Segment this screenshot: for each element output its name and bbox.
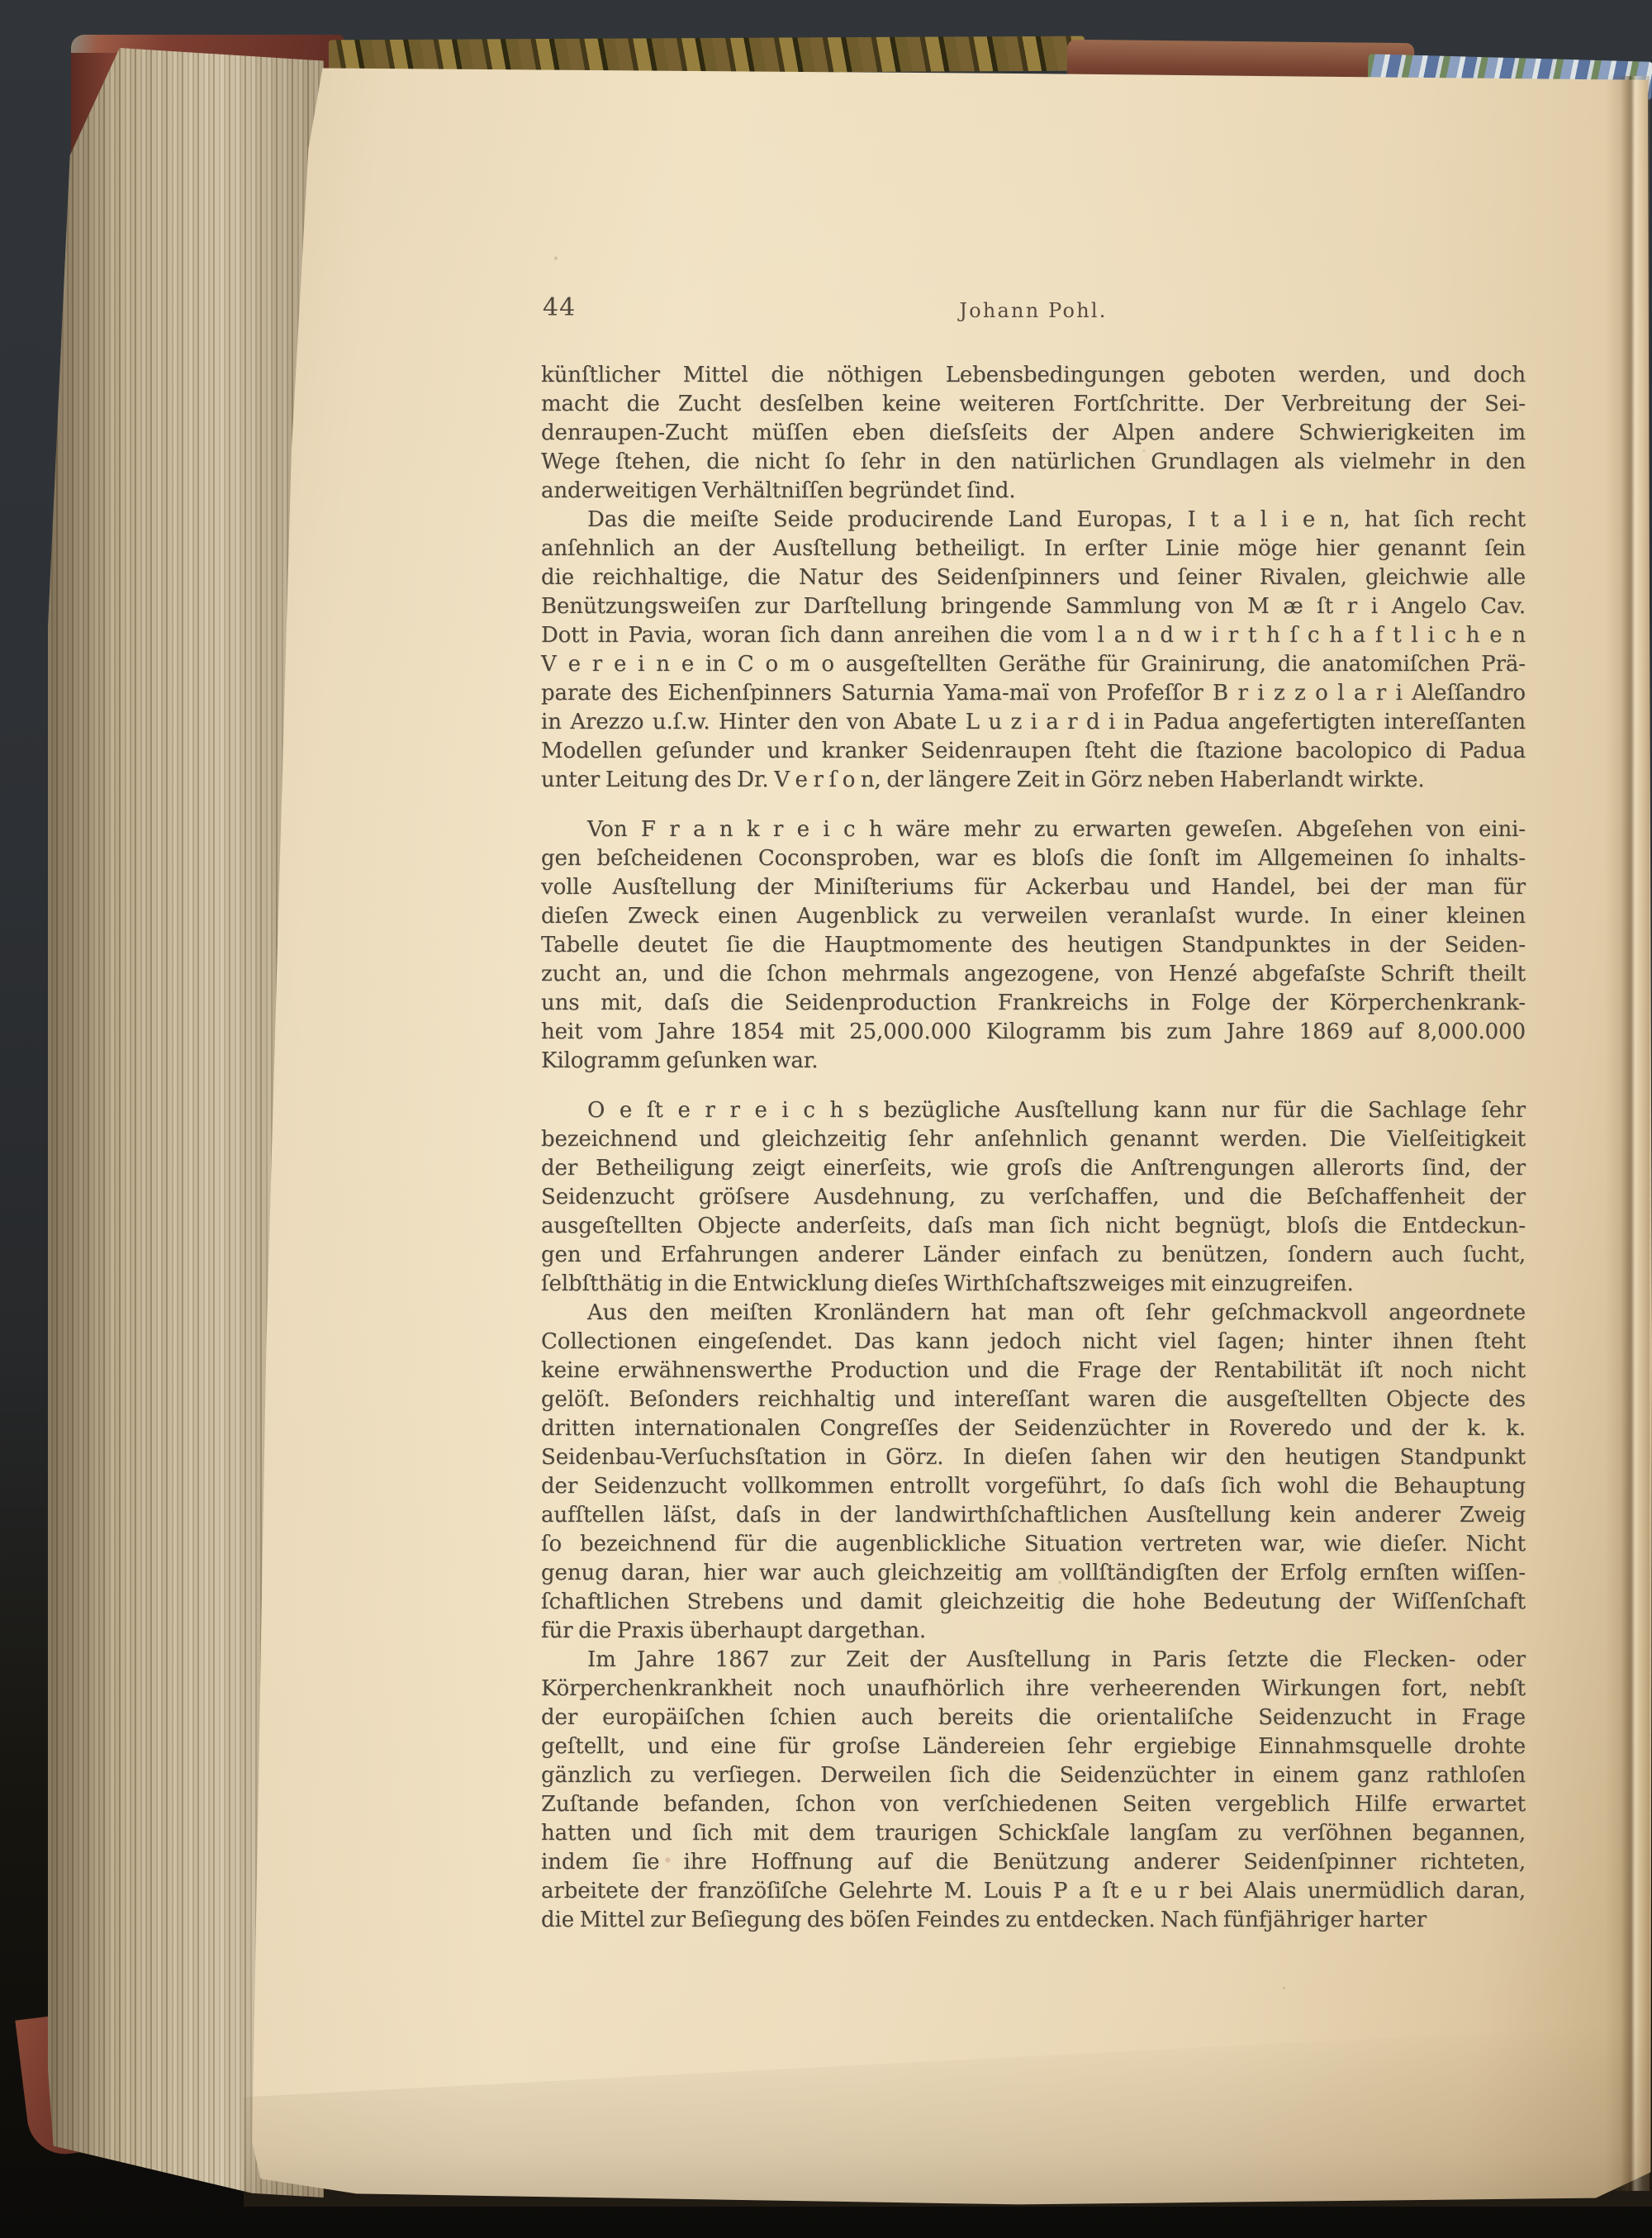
running-header: Johann Pohl. <box>541 299 1526 322</box>
paragraph: Aus den meiſten Kronländern hat man oft … <box>541 1299 1526 1646</box>
text-line: ſo bezeichnend für die augenblickliche S… <box>541 1530 1526 1559</box>
text-line: parate des Eichenſpinners Saturnia Yama-… <box>541 679 1526 708</box>
text-line: heit vom Jahre 1854 mit 25,000.000 Kilog… <box>541 1018 1526 1047</box>
text-line: Tabelle deutet ſie die Hauptmomente des … <box>541 931 1526 960</box>
text-line: V e r e i n e in C o m o ausgeſtellten G… <box>541 650 1526 679</box>
text-line: Collectionen eingeſendet. Das kann jedoc… <box>541 1328 1526 1357</box>
paragraph: Das die meiſte Seide producirende Land E… <box>541 506 1526 795</box>
text-line: für die Praxis überhaupt dargethan. <box>541 1617 1526 1646</box>
text-line: arbeitete der franzöſiſche Gelehrte M. L… <box>541 1877 1526 1906</box>
text-line: unter Leitung des Dr. V e r ſ o n, der l… <box>541 766 1526 795</box>
text-line: anderweitigen Verhältniſſen begründet ſi… <box>541 477 1526 506</box>
text-line: keine erwähnenswerthe Production und die… <box>541 1357 1526 1385</box>
text-line: ausgeſtellten Objecte anderſeits, daſs m… <box>541 1212 1526 1241</box>
page-gutter-crease <box>1605 76 1650 2191</box>
text-line: Seidenzucht gröſsere Ausdehnung, zu verſ… <box>541 1183 1526 1212</box>
text-line: bezeichnend und gleichzeitig ſehr anſehn… <box>541 1125 1526 1154</box>
book-cover-top-edge <box>329 36 1085 75</box>
text-line: die Mittel zur Beſiegung des böſen Feind… <box>541 1906 1526 1935</box>
text-line: in Arezzo u.ſ.w. Hinter den von Abate L … <box>541 708 1526 737</box>
text-line: Zuſtande befanden, ſchon von verſchieden… <box>541 1790 1526 1819</box>
text-line: künſtlicher Mittel die nöthigen Lebensbe… <box>541 361 1526 390</box>
text-line: Im Jahre 1867 zur Zeit der Ausſtellung i… <box>541 1646 1526 1675</box>
text-line: gelöſt. Beſonders reichhaltig und intere… <box>541 1385 1526 1414</box>
text-line: gen und Erfahrungen anderer Länder einfa… <box>541 1241 1526 1270</box>
page-content: 44 Johann Pohl. künſtlicher Mittel die n… <box>541 293 1526 1935</box>
text-line: Körperchenkrankheit noch unaufhörlich ih… <box>541 1675 1526 1703</box>
text-line: genug daran, hier war auch gleichzeitig … <box>541 1559 1526 1588</box>
paragraph: O e ſt e r r e i c h s bezügliche Ausſte… <box>541 1096 1526 1299</box>
text-line: dritten internationalen Congreſſes der S… <box>541 1414 1526 1443</box>
paragraph: Von F r a n k r e i c h wäre mehr zu erw… <box>541 815 1526 1076</box>
text-line: Seidenbau-Verſuchsſtation in Görz. In di… <box>541 1443 1526 1472</box>
text-line: aufſtellen läſst, daſs in der landwirthſ… <box>541 1501 1526 1530</box>
text-line: Das die meiſte Seide producirende Land E… <box>541 506 1526 535</box>
text-line: Aus den meiſten Kronländern hat man oft … <box>541 1299 1526 1328</box>
text-line: gänzlich zu verſiegen. Derweilen ſich di… <box>541 1761 1526 1790</box>
text-line: uns mit, daſs die Seidenproduction Frank… <box>541 989 1526 1018</box>
text-line: gen beſcheidenen Coconsproben, war es bl… <box>541 844 1526 873</box>
text-line: Benützungsweiſen zur Darſtellung bringen… <box>541 592 1526 621</box>
paragraph: Im Jahre 1867 zur Zeit der Ausſtellung i… <box>541 1646 1526 1935</box>
text-line: der europäiſchen ſchien auch bereits die… <box>541 1703 1526 1732</box>
text-line: macht die Zucht desſelben keine weiteren… <box>541 390 1526 419</box>
text-line: Kilogramm geſunken war. <box>541 1047 1526 1076</box>
text-line: dieſen Zweck einen Augenblick zu verweil… <box>541 902 1526 931</box>
text-line: O e ſt e r r e i c h s bezügliche Ausſte… <box>541 1096 1526 1125</box>
page-header: 44 Johann Pohl. <box>541 293 1526 328</box>
text-line: Dott in Pavia, woran ſich dann anreihen … <box>541 621 1526 650</box>
text-line: der Seidenzucht vollkommen entrollt vorg… <box>541 1472 1526 1501</box>
paragraph: künſtlicher Mittel die nöthigen Lebensbe… <box>541 361 1526 506</box>
text-line: Wege ſtehen, die nicht ſo ſehr in den na… <box>541 448 1526 477</box>
text-line: indem ſie ihre Hoffnung auf die Benützun… <box>541 1848 1526 1877</box>
text-line: ſchaftlichen Strebens und damit gleichze… <box>541 1588 1526 1617</box>
text-line: hatten und ſich mit dem traurigen Schick… <box>541 1819 1526 1848</box>
text-line: der Betheiligung zeigt einerſeits, wie g… <box>541 1154 1526 1183</box>
text-line: geſtellt, und eine für groſse Ländereien… <box>541 1732 1526 1761</box>
text-line: volle Ausſtellung der Miniſteriums für A… <box>541 873 1526 902</box>
text-line: die reichhaltige, die Natur des Seidenſp… <box>541 563 1526 592</box>
book-photo: 44 Johann Pohl. künſtlicher Mittel die n… <box>0 0 1652 2238</box>
text-body: künſtlicher Mittel die nöthigen Lebensbe… <box>541 361 1526 1935</box>
text-line: denraupen-Zucht müſſen eben dieſsſeits d… <box>541 419 1526 448</box>
text-line: ſelbſtthätig in die Entwicklung dieſes W… <box>541 1270 1526 1299</box>
text-line: Von F r a n k r e i c h wäre mehr zu erw… <box>541 815 1526 844</box>
text-line: Modellen geſunder und kranker Seidenraup… <box>541 737 1526 766</box>
text-line: zucht an, und die ſchon mehrmals angezog… <box>541 960 1526 989</box>
text-line: anſehnlich an der Ausſtellung betheiligt… <box>541 535 1526 563</box>
